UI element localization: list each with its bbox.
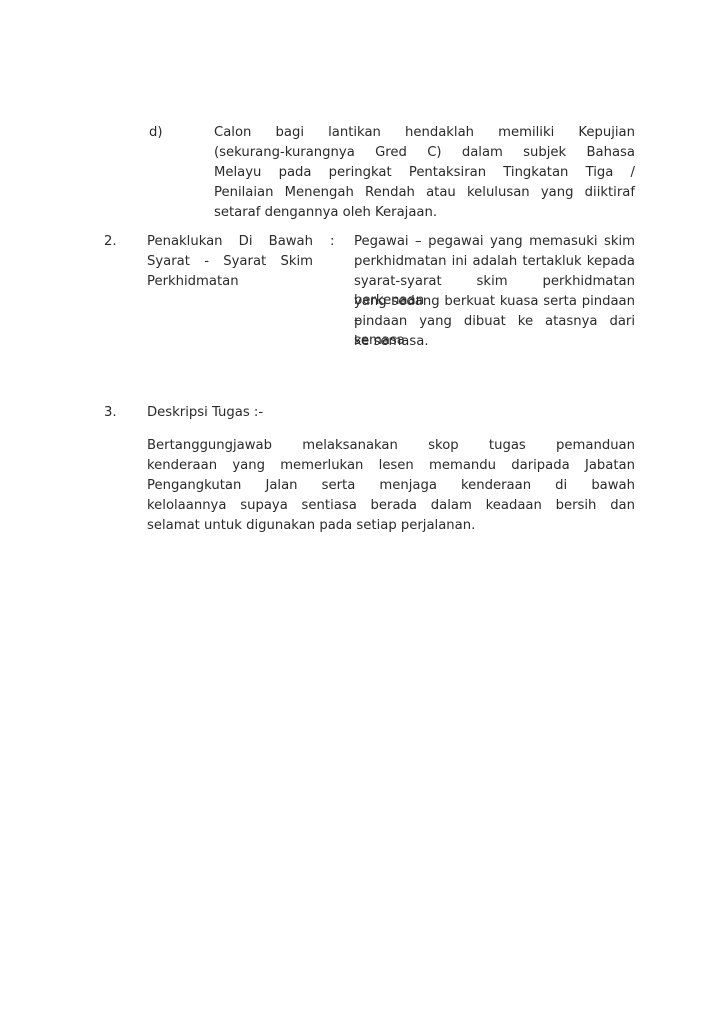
section-3-body-line: kelolaannya supaya sentiasa berada dalam… <box>147 496 635 515</box>
item-d-marker: d) <box>149 123 163 142</box>
section-3-number: 3. <box>104 403 117 422</box>
section-2-number: 2. <box>104 232 117 251</box>
section-2-title-line: Syarat - Syarat Skim <box>147 252 313 271</box>
section-2-body-line: Pegawai – pegawai yang memasuki skim <box>354 232 635 251</box>
item-d-line: Melayu pada peringkat Pentaksiran Tingka… <box>214 163 635 182</box>
section-3-body-line: Bertanggungjawab melaksanakan skop tugas… <box>147 436 635 455</box>
section-3-body-line: kenderaan yang memerlukan lesen memandu … <box>147 456 635 475</box>
item-d-line: (sekurang-kurangnya Gred C) dalam subjek… <box>214 143 635 162</box>
item-d-line: Calon bagi lantikan hendaklah memiliki K… <box>214 123 635 142</box>
section-2-separator: : <box>330 232 334 251</box>
section-3-title: Deskripsi Tugas :- <box>147 403 263 422</box>
section-2-title-line: Perkhidmatan <box>147 272 239 291</box>
section-2-body-line: ke semasa. <box>354 332 429 351</box>
item-d-line: Penilaian Menengah Rendah atau kelulusan… <box>214 183 635 202</box>
section-2-title-line: Penaklukan Di Bawah <box>147 232 313 251</box>
section-3-body-line: selamat untuk digunakan pada setiap perj… <box>147 516 475 535</box>
item-d-line: setaraf dengannya oleh Kerajaan. <box>214 203 437 222</box>
section-3-body-line: Pengangkutan Jalan serta menjaga kendera… <box>147 476 635 495</box>
section-2-body-line: perkhidmatan ini adalah tertakluk kepada <box>354 252 635 271</box>
